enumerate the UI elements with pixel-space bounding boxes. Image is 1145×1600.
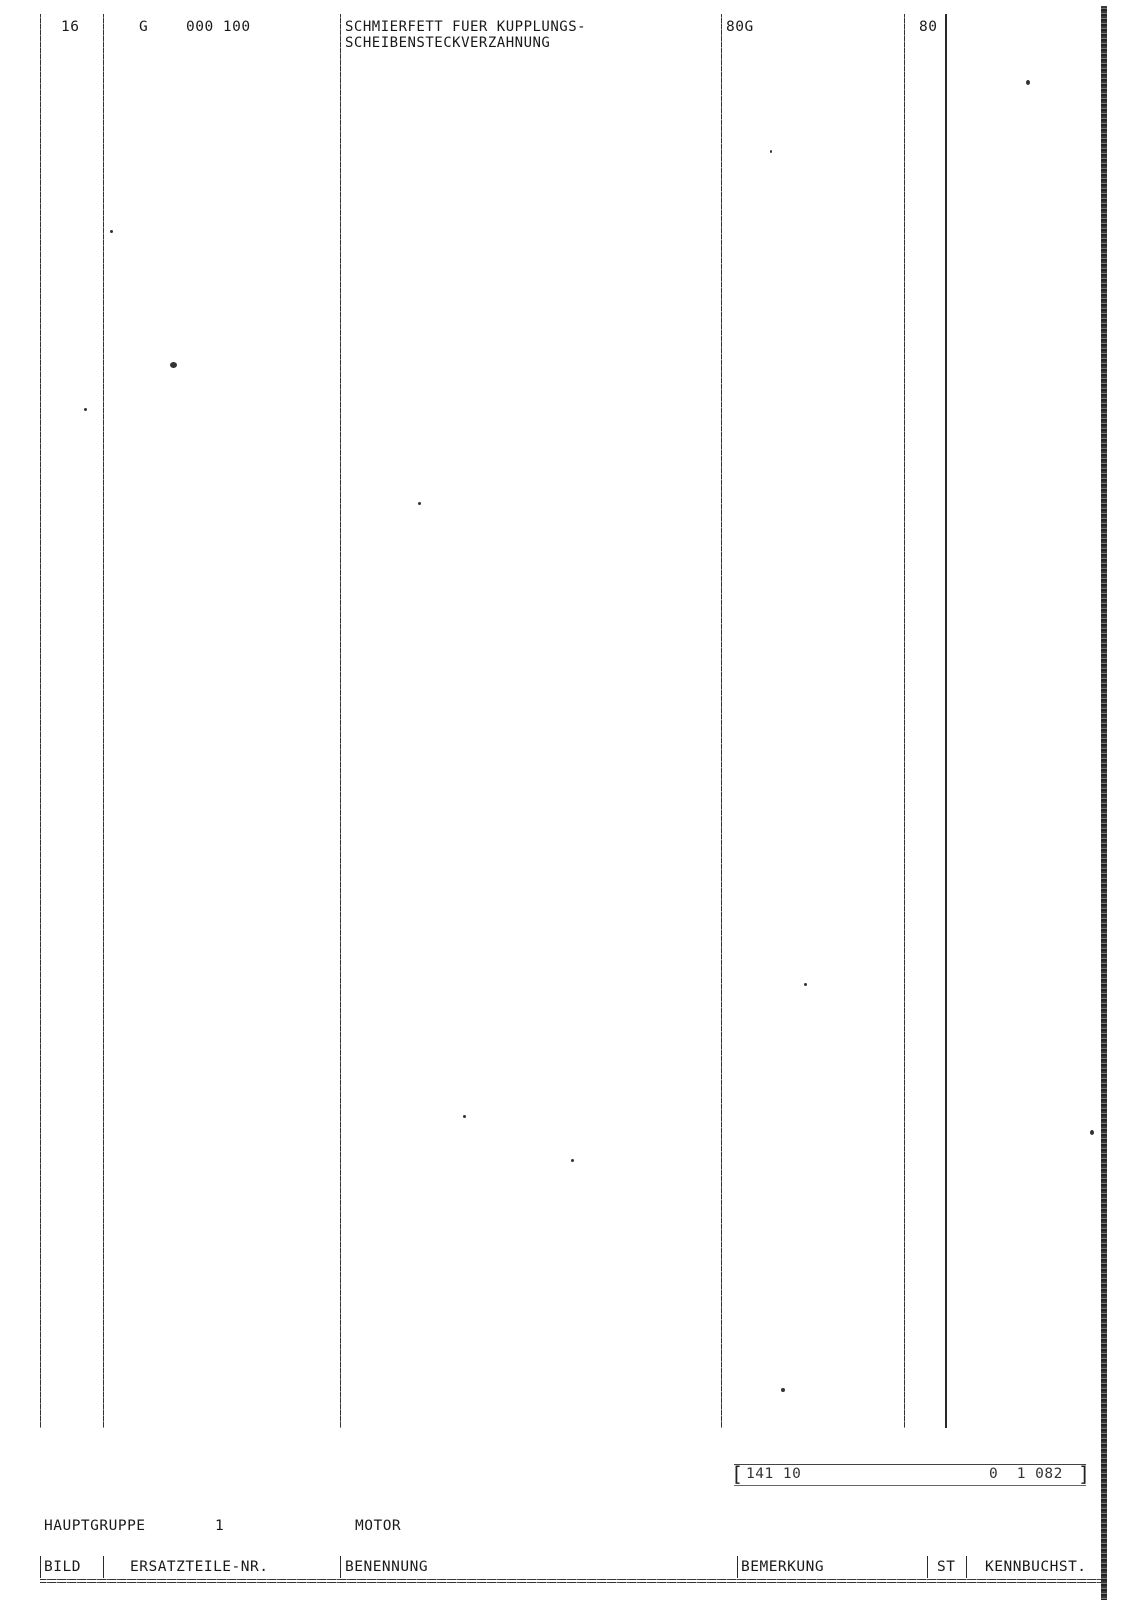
- header-bemerkung: BEMERKUNG: [741, 1559, 824, 1575]
- header-divider-left: [40, 1556, 41, 1578]
- column-divider-bild: [103, 14, 104, 1428]
- column-divider-bemerkung: [904, 14, 905, 1428]
- header-ersatzteile-nr: ERSATZTEILE-NR.: [130, 1559, 268, 1575]
- group-name: MOTOR: [355, 1518, 401, 1534]
- group-label: HAUPTGRUPPE: [44, 1518, 146, 1534]
- scan-speck: [463, 1115, 466, 1118]
- header-bild: BILD: [44, 1559, 81, 1575]
- bild-number: 16: [61, 19, 79, 35]
- header-divider-st: [966, 1556, 967, 1578]
- column-divider-st: [945, 14, 947, 1428]
- header-underline-2: [40, 1582, 1102, 1583]
- scan-speck: [781, 1388, 785, 1392]
- header-underline-1: [40, 1579, 1102, 1580]
- header-st: ST: [937, 1559, 955, 1575]
- header-benennung: BENENNUNG: [345, 1559, 428, 1575]
- page-right-border: [1101, 6, 1107, 1600]
- scan-speck: [1090, 1130, 1094, 1135]
- description-line1: SCHMIERFETT FUER KUPPLUNGS-: [345, 19, 586, 35]
- header-divider-bild: [103, 1556, 104, 1578]
- scan-speck: [804, 983, 807, 986]
- scan-speck: [110, 230, 113, 233]
- scan-speck: [84, 408, 87, 411]
- reference-right-code: 0 1 082: [989, 1466, 1063, 1482]
- reference-box-right-bracket: ]: [1078, 1463, 1090, 1485]
- remark: 80G: [726, 19, 754, 35]
- reference-box-left-bracket: [: [731, 1463, 743, 1485]
- scan-speck: [170, 362, 177, 368]
- header-divider-ersatzteile: [340, 1556, 341, 1578]
- header-kennbuchst: KENNBUCHST.: [985, 1559, 1087, 1575]
- description-line2: SCHEIBENSTECKVERZAHNUNG: [345, 35, 550, 51]
- scan-speck: [1026, 80, 1030, 85]
- header-divider-bemerkung: [927, 1556, 928, 1578]
- group-number: 1: [215, 1518, 224, 1534]
- part-number: 000 100: [186, 19, 251, 35]
- reference-left-code: 141 10: [746, 1466, 801, 1482]
- header-divider-benennung: [737, 1556, 738, 1578]
- column-divider-left: [40, 14, 41, 1428]
- quantity: 80: [919, 19, 937, 35]
- column-divider-benennung: [721, 14, 722, 1428]
- scan-speck: [571, 1159, 574, 1162]
- column-divider-ersatzteile: [340, 14, 341, 1428]
- scan-speck: [418, 502, 421, 505]
- part-number-prefix: G: [139, 19, 148, 35]
- scan-speck: [770, 150, 772, 153]
